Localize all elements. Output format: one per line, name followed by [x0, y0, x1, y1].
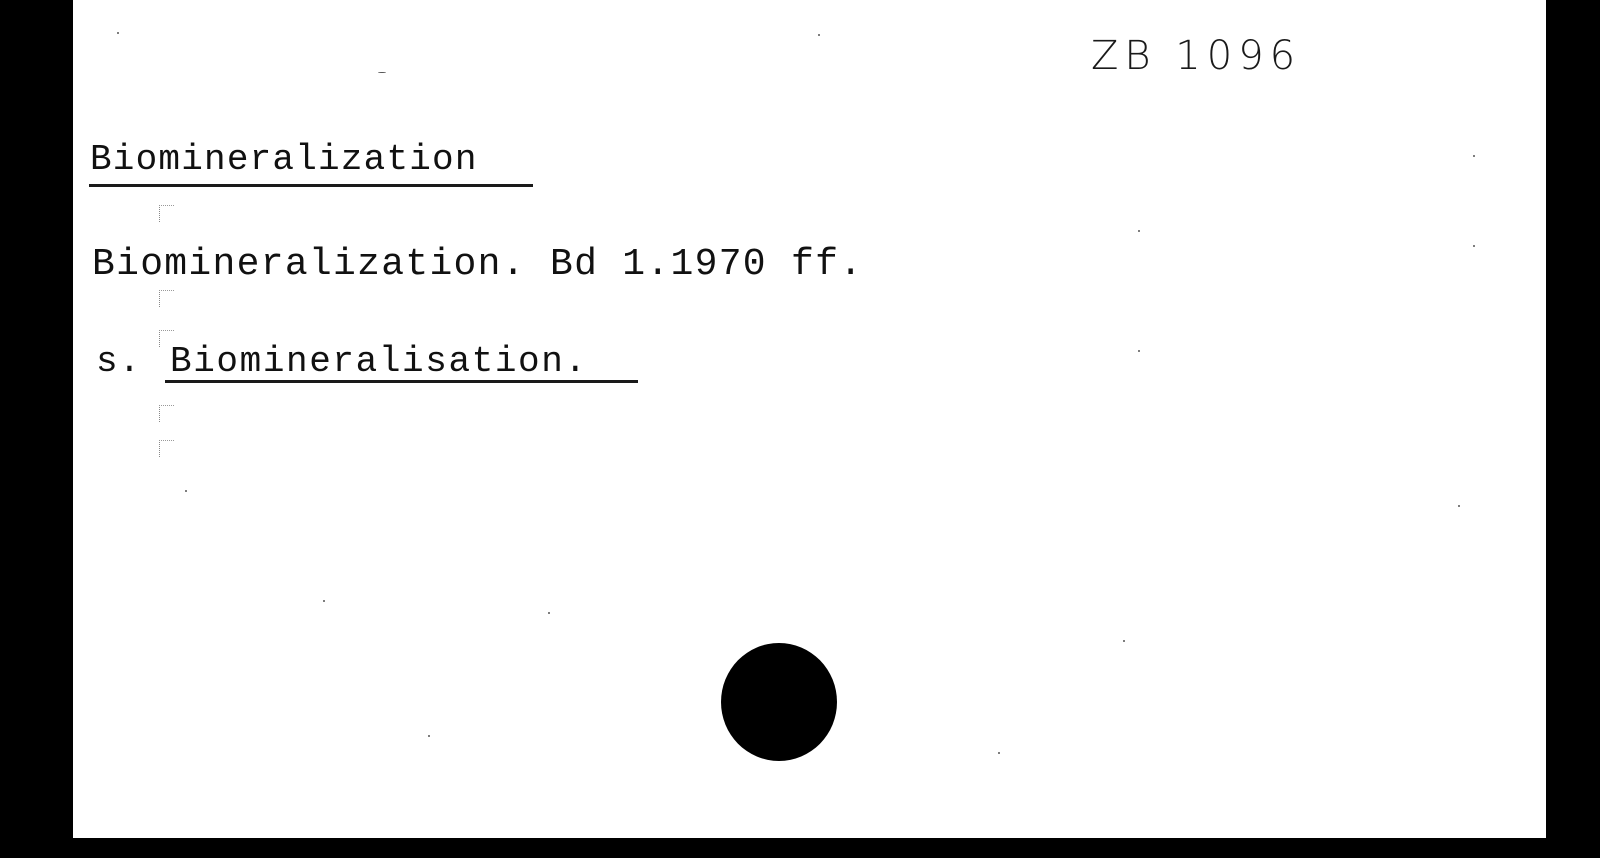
title-entry: Biomineralization. Bd 1.1970 ff. [92, 246, 863, 284]
speck [1123, 640, 1125, 642]
speck [323, 600, 325, 602]
see-reference-underline [165, 380, 638, 383]
speck [1458, 505, 1460, 507]
speck [378, 72, 386, 73]
speck [1473, 155, 1475, 157]
call-number: ZB 1096 [1091, 36, 1301, 76]
speck [185, 490, 187, 492]
see-reference-prefix: s. [96, 344, 141, 380]
speck [548, 612, 550, 614]
scan-frame: ZB 1096 Biomineralization Biomineralizat… [0, 0, 1600, 858]
speck [428, 735, 430, 737]
margin-mark [159, 405, 174, 422]
speck [1138, 350, 1140, 352]
punch-hole [721, 643, 837, 761]
speck [1138, 230, 1140, 232]
speck [998, 752, 1000, 754]
speck [1473, 245, 1475, 247]
speck [818, 34, 820, 36]
catalog-card: ZB 1096 Biomineralization Biomineralizat… [73, 0, 1546, 838]
see-reference-target: Biomineralisation. [170, 344, 588, 380]
margin-mark [159, 205, 174, 222]
subject-heading: Biomineralization [90, 142, 478, 178]
margin-mark [159, 440, 174, 457]
margin-mark [159, 290, 174, 307]
speck [117, 32, 119, 34]
heading-underline [89, 184, 533, 187]
